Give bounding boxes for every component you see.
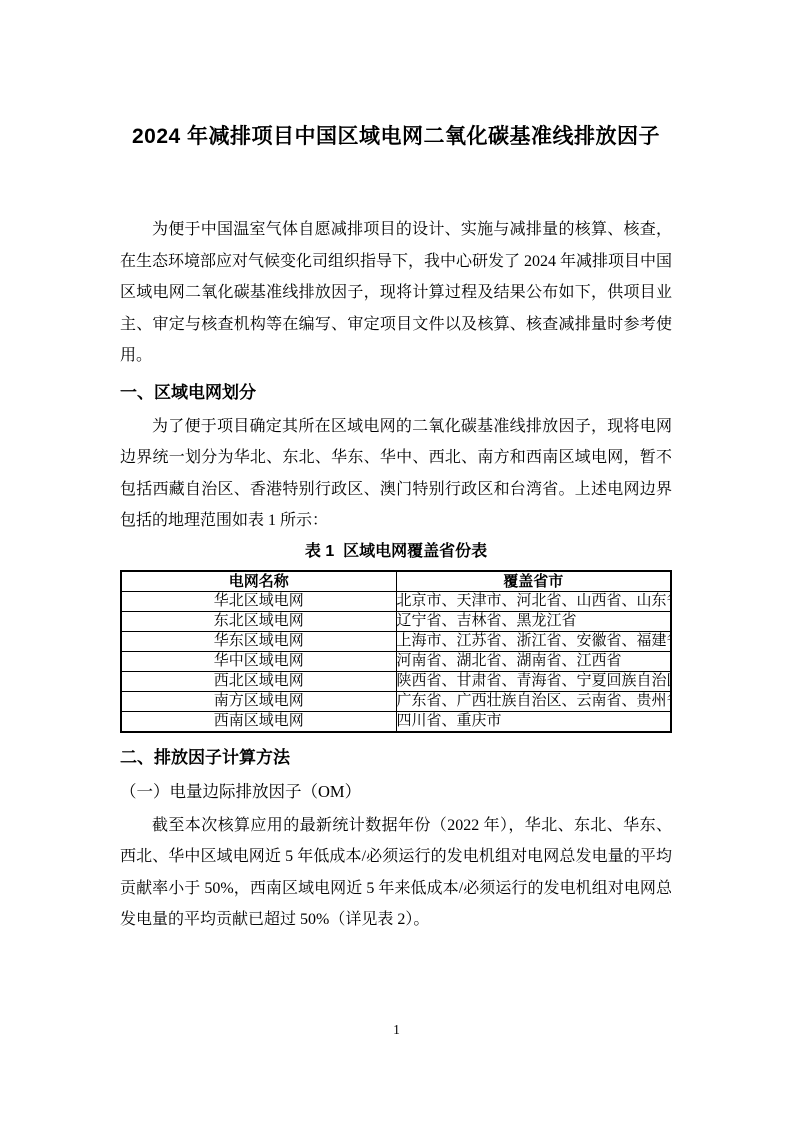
section2-heading: 二、排放因子计算方法	[120, 745, 672, 771]
section1-paragraph: 为了便于项目确定其所在区域电网的二氧化碳基准线排放因子，现将电网边界统一划分为华…	[120, 411, 672, 537]
grid-name-cell: 西北区域电网	[121, 671, 396, 691]
table-row: 西南区域电网 四川省、重庆市	[121, 711, 671, 732]
document-page: 2024 年减排项目中国区域电网二氧化碳基准线排放因子 为便于中国温室气体自愿减…	[0, 0, 793, 1122]
table-header-row: 电网名称 覆盖省市	[121, 571, 671, 592]
document-title: 2024 年减排项目中国区域电网二氧化碳基准线排放因子	[120, 122, 672, 152]
provinces-cell: 上海市、江苏省、浙江省、安徽省、福建省	[396, 631, 671, 651]
provinces-cell: 北京市、天津市、河北省、山西省、山东省、内蒙古自治区	[396, 591, 671, 611]
table-row: 东北区域电网 辽宁省、吉林省、黑龙江省	[121, 611, 671, 631]
table-row: 华中区域电网 河南省、湖北省、湖南省、江西省	[121, 651, 671, 671]
grid-name-cell: 华北区域电网	[121, 591, 396, 611]
grid-name-cell: 南方区域电网	[121, 691, 396, 711]
grid-name-cell: 华中区域电网	[121, 651, 396, 671]
table1-caption: 表 1 区域电网覆盖省份表	[120, 540, 672, 564]
provinces-cell: 河南省、湖北省、湖南省、江西省	[396, 651, 671, 671]
grid-name-cell: 华东区域电网	[121, 631, 396, 651]
table1-region-grid: 电网名称 覆盖省市 华北区域电网 北京市、天津市、河北省、山西省、山东省、内蒙古…	[120, 570, 672, 733]
column-header-provinces: 覆盖省市	[396, 571, 671, 592]
intro-paragraph: 为便于中国温室气体自愿减排项目的设计、实施与减排量的核算、核查，在生态环境部应对…	[120, 214, 672, 372]
grid-name-cell: 西南区域电网	[121, 711, 396, 732]
subsection-om-heading: （一）电量边际排放因子（OM）	[120, 779, 672, 805]
provinces-cell: 辽宁省、吉林省、黑龙江省	[396, 611, 671, 631]
table-row: 南方区域电网 广东省、广西壮族自治区、云南省、贵州省、海南省	[121, 691, 671, 711]
section1-heading: 一、区域电网划分	[120, 380, 672, 406]
table-row: 华北区域电网 北京市、天津市、河北省、山西省、山东省、内蒙古自治区	[121, 591, 671, 611]
page-number: 1	[0, 1021, 793, 1039]
provinces-cell: 广东省、广西壮族自治区、云南省、贵州省、海南省	[396, 691, 671, 711]
section2-paragraph: 截至本次核算应用的最新统计数据年份（2022 年），华北、东北、华东、西北、华中…	[120, 810, 672, 936]
table-row: 西北区域电网 陕西省、甘肃省、青海省、宁夏回族自治区、新疆维吾尔自治区	[121, 671, 671, 691]
grid-name-cell: 东北区域电网	[121, 611, 396, 631]
table-row: 华东区域电网 上海市、江苏省、浙江省、安徽省、福建省	[121, 631, 671, 651]
column-header-grid-name: 电网名称	[121, 571, 396, 592]
provinces-cell: 陕西省、甘肃省、青海省、宁夏回族自治区、新疆维吾尔自治区	[396, 671, 671, 691]
provinces-cell: 四川省、重庆市	[396, 711, 671, 732]
